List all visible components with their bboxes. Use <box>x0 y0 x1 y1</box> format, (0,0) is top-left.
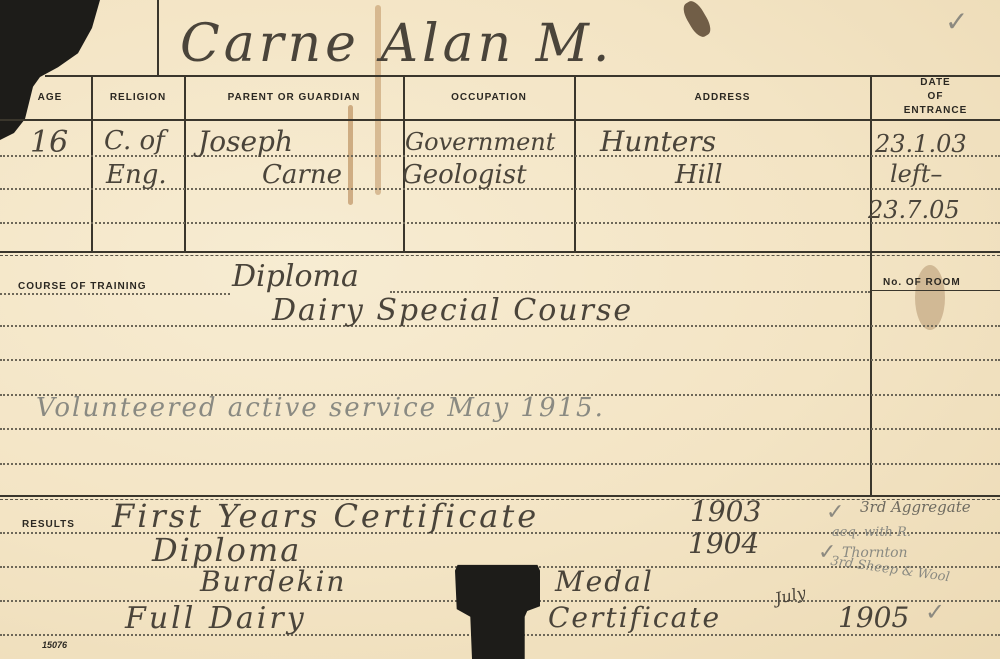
name-row-divider <box>157 0 159 76</box>
course-rule <box>0 359 1000 361</box>
room-underline <box>871 290 1000 291</box>
entry-parent-line1: Joseph <box>198 128 293 156</box>
stain-drip <box>680 0 715 40</box>
label-course-of-training: COURSE OF TRAINING <box>18 280 147 294</box>
course-rule <box>0 293 230 295</box>
result-side-note-line2: aeq. with R. <box>832 526 911 539</box>
result-line4-text: Full Dairy <box>125 604 307 634</box>
course-line2: Dairy Special Course <box>272 296 633 326</box>
result-line1-text: First Years Certificate <box>112 500 539 532</box>
data-row-rule <box>0 222 1000 224</box>
entry-date-left: 23.7.05 <box>868 198 960 222</box>
entry-age: 16 <box>30 128 68 158</box>
header-date-line1: DATE <box>871 76 1000 90</box>
course-note-service: Volunteered active service May 1915. <box>36 395 605 421</box>
header-religion: RELIGION <box>92 91 184 105</box>
result-line1-year: 1903 <box>690 498 761 526</box>
label-results: RESULTS <box>22 518 75 532</box>
section-divider <box>0 251 1000 253</box>
header-date-line2: OF <box>871 90 1000 104</box>
student-record-card: Carne Alan M. ✓ AGE RELIGION PARENT OR G… <box>0 0 1000 659</box>
entry-address-line1: Hunters <box>600 128 716 156</box>
checkmark-icon: ✓ <box>826 500 844 525</box>
header-bottom-rule <box>0 119 1000 121</box>
entry-date-entered: 23.1.03 <box>875 132 967 156</box>
entry-occupation-line2: Geologist <box>402 162 527 188</box>
label-no-of-room: No. OF ROOM <box>883 276 961 290</box>
entry-religion-line1: C. of <box>104 128 165 154</box>
stain-blot <box>915 265 945 330</box>
header-date-line3: ENTRANCE <box>871 104 1000 118</box>
header-address: ADDRESS <box>575 91 870 105</box>
entry-address-line2: Hill <box>675 162 723 188</box>
header-top-rule <box>45 75 1000 77</box>
course-line1: Diploma <box>232 262 359 292</box>
entry-parent-line2: Carne <box>262 162 342 188</box>
student-name: Carne Alan M. <box>180 18 613 70</box>
checkmark-icon: ✓ <box>945 5 968 38</box>
result-line3-text: Burdekin <box>200 568 346 596</box>
header-date-of-entrance: DATE OF ENTRANCE <box>871 76 1000 118</box>
result-line4-insert: July <box>774 585 808 607</box>
result-line2-text: Diploma <box>152 534 301 566</box>
column-divider-right <box>870 76 872 496</box>
form-number: 15076 <box>42 638 67 652</box>
entry-date-left-label: left– <box>890 162 942 186</box>
course-rule <box>0 463 1000 465</box>
result-line3-suffix: Medal <box>555 568 654 596</box>
entry-religion-line2: Eng. <box>106 162 167 188</box>
checkmark-icon: ✓ <box>925 598 945 626</box>
header-occupation: OCCUPATION <box>404 91 574 105</box>
torn-hole-bottom <box>455 563 540 659</box>
result-line4-year: 1905 <box>838 604 909 632</box>
result-line2-year: 1904 <box>688 530 759 558</box>
result-line4-suffix: Certificate <box>548 604 721 632</box>
header-parent-or-guardian: PARENT OR GUARDIAN <box>185 91 403 105</box>
result-side-note-line1: 3rd Aggregate <box>860 500 971 515</box>
header-age: AGE <box>20 91 80 105</box>
entry-occupation-line1: Government <box>405 130 555 154</box>
course-rule <box>0 428 1000 430</box>
